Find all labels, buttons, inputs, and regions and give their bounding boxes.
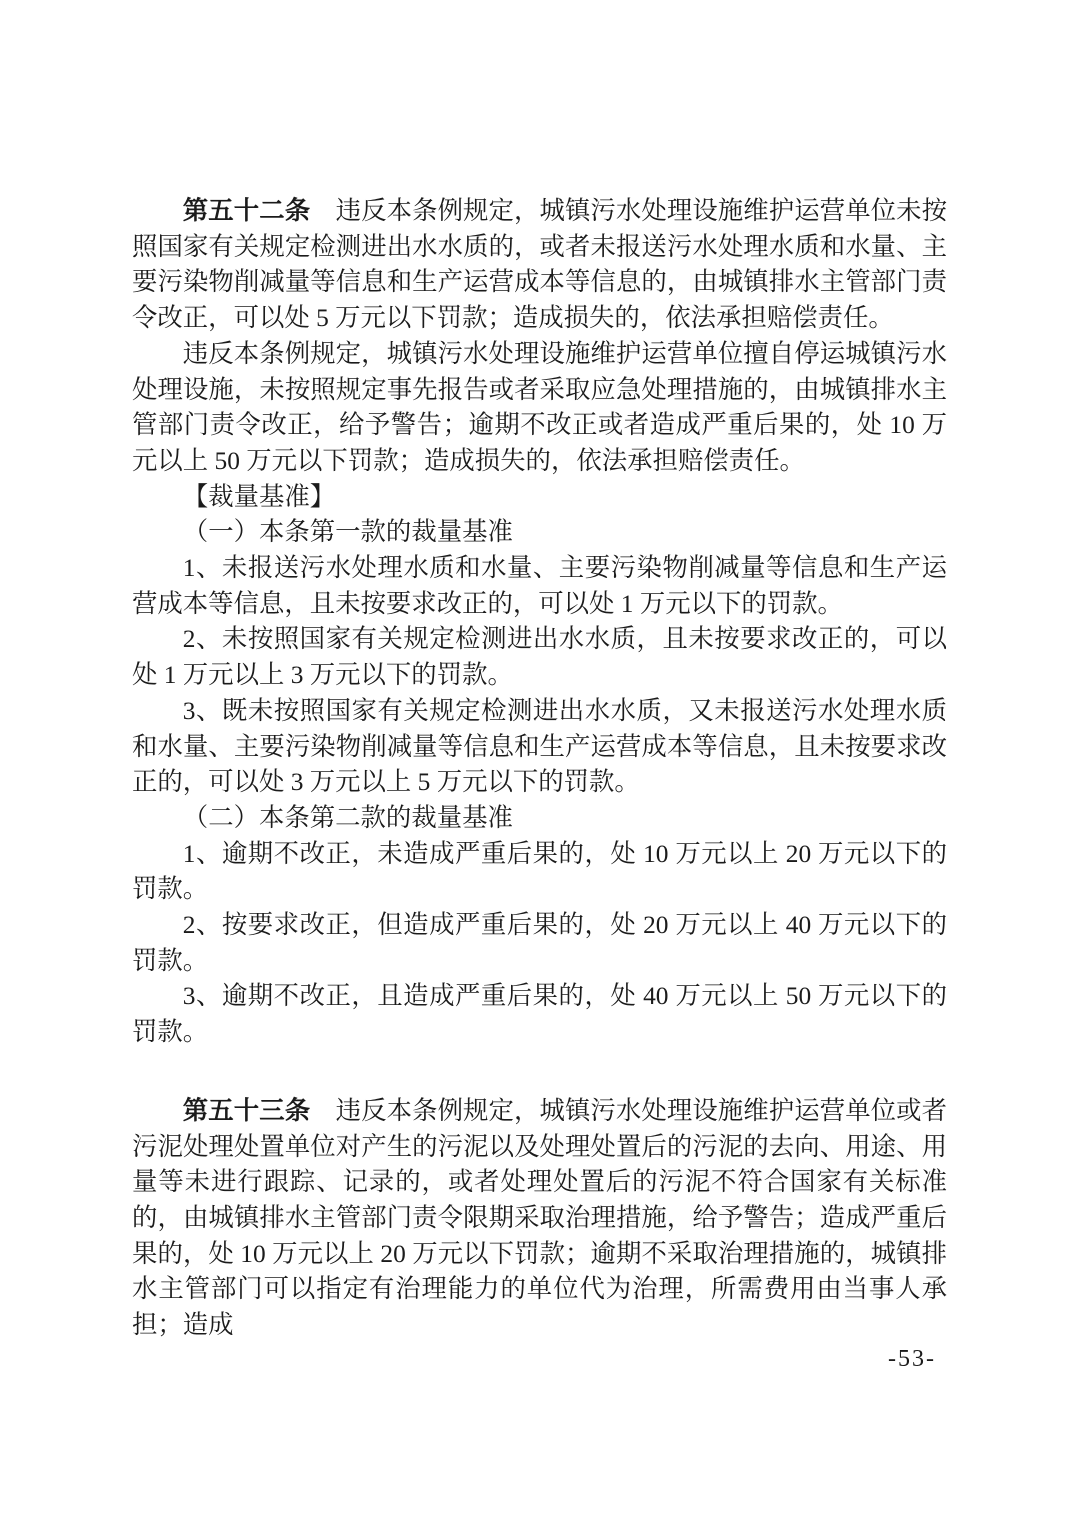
- article-52-number: 第五十二条: [183, 197, 310, 225]
- document-page: 第五十二条 违反本条例规定，城镇污水处理设施维护运营单位未按照国家有关规定检测进…: [0, 0, 1075, 1520]
- clause-2-item-1: 1、逾期不改正，未造成严重后果的，处 10 万元以上 20 万元以下的罚款。: [132, 837, 947, 908]
- clause-2-heading: （二）本条第二款的裁量基准: [132, 801, 947, 837]
- clause-1-item-1: 1、未报送污水处理水质和水量、主要污染物削减量等信息和生产运营成本等信息，且未按…: [132, 551, 947, 622]
- article-53-paragraph-1-text: 违反本条例规定，城镇污水处理设施维护运营单位或者污泥处理处置单位对产生的污泥以及…: [132, 1097, 947, 1339]
- article-52-paragraph-1: 第五十二条 违反本条例规定，城镇污水处理设施维护运营单位未按照国家有关规定检测进…: [132, 194, 947, 337]
- article-53-number: 第五十三条: [183, 1097, 310, 1125]
- clause-1-item-3: 3、既未按照国家有关规定检测进出水水质，又未报送污水处理水质和水量、主要污染物削…: [132, 694, 947, 801]
- page-number: -53-: [888, 1346, 936, 1373]
- clause-1-heading: （一）本条第一款的裁量基准: [132, 515, 947, 551]
- clause-2-item-3: 3、逾期不改正，且造成严重后果的，处 40 万元以上 50 万元以下的罚款。: [132, 979, 947, 1050]
- document-text-block: 第五十二条 违反本条例规定，城镇污水处理设施维护运营单位未按照国家有关规定检测进…: [132, 194, 947, 1344]
- article-52-paragraph-2: 违反本条例规定，城镇污水处理设施维护运营单位擅自停运城镇污水处理设施，未按照规定…: [132, 337, 947, 480]
- discretion-basis-heading: 【裁量基准】: [132, 480, 947, 516]
- clause-1-item-2: 2、未按照国家有关规定检测进出水水质，且未按要求改正的，可以处 1 万元以上 3…: [132, 622, 947, 693]
- clause-2-item-2: 2、按要求改正，但造成严重后果的，处 20 万元以上 40 万元以下的罚款。: [132, 908, 947, 979]
- article-53-paragraph-1: 第五十三条 违反本条例规定，城镇污水处理设施维护运营单位或者污泥处理处置单位对产…: [132, 1094, 947, 1344]
